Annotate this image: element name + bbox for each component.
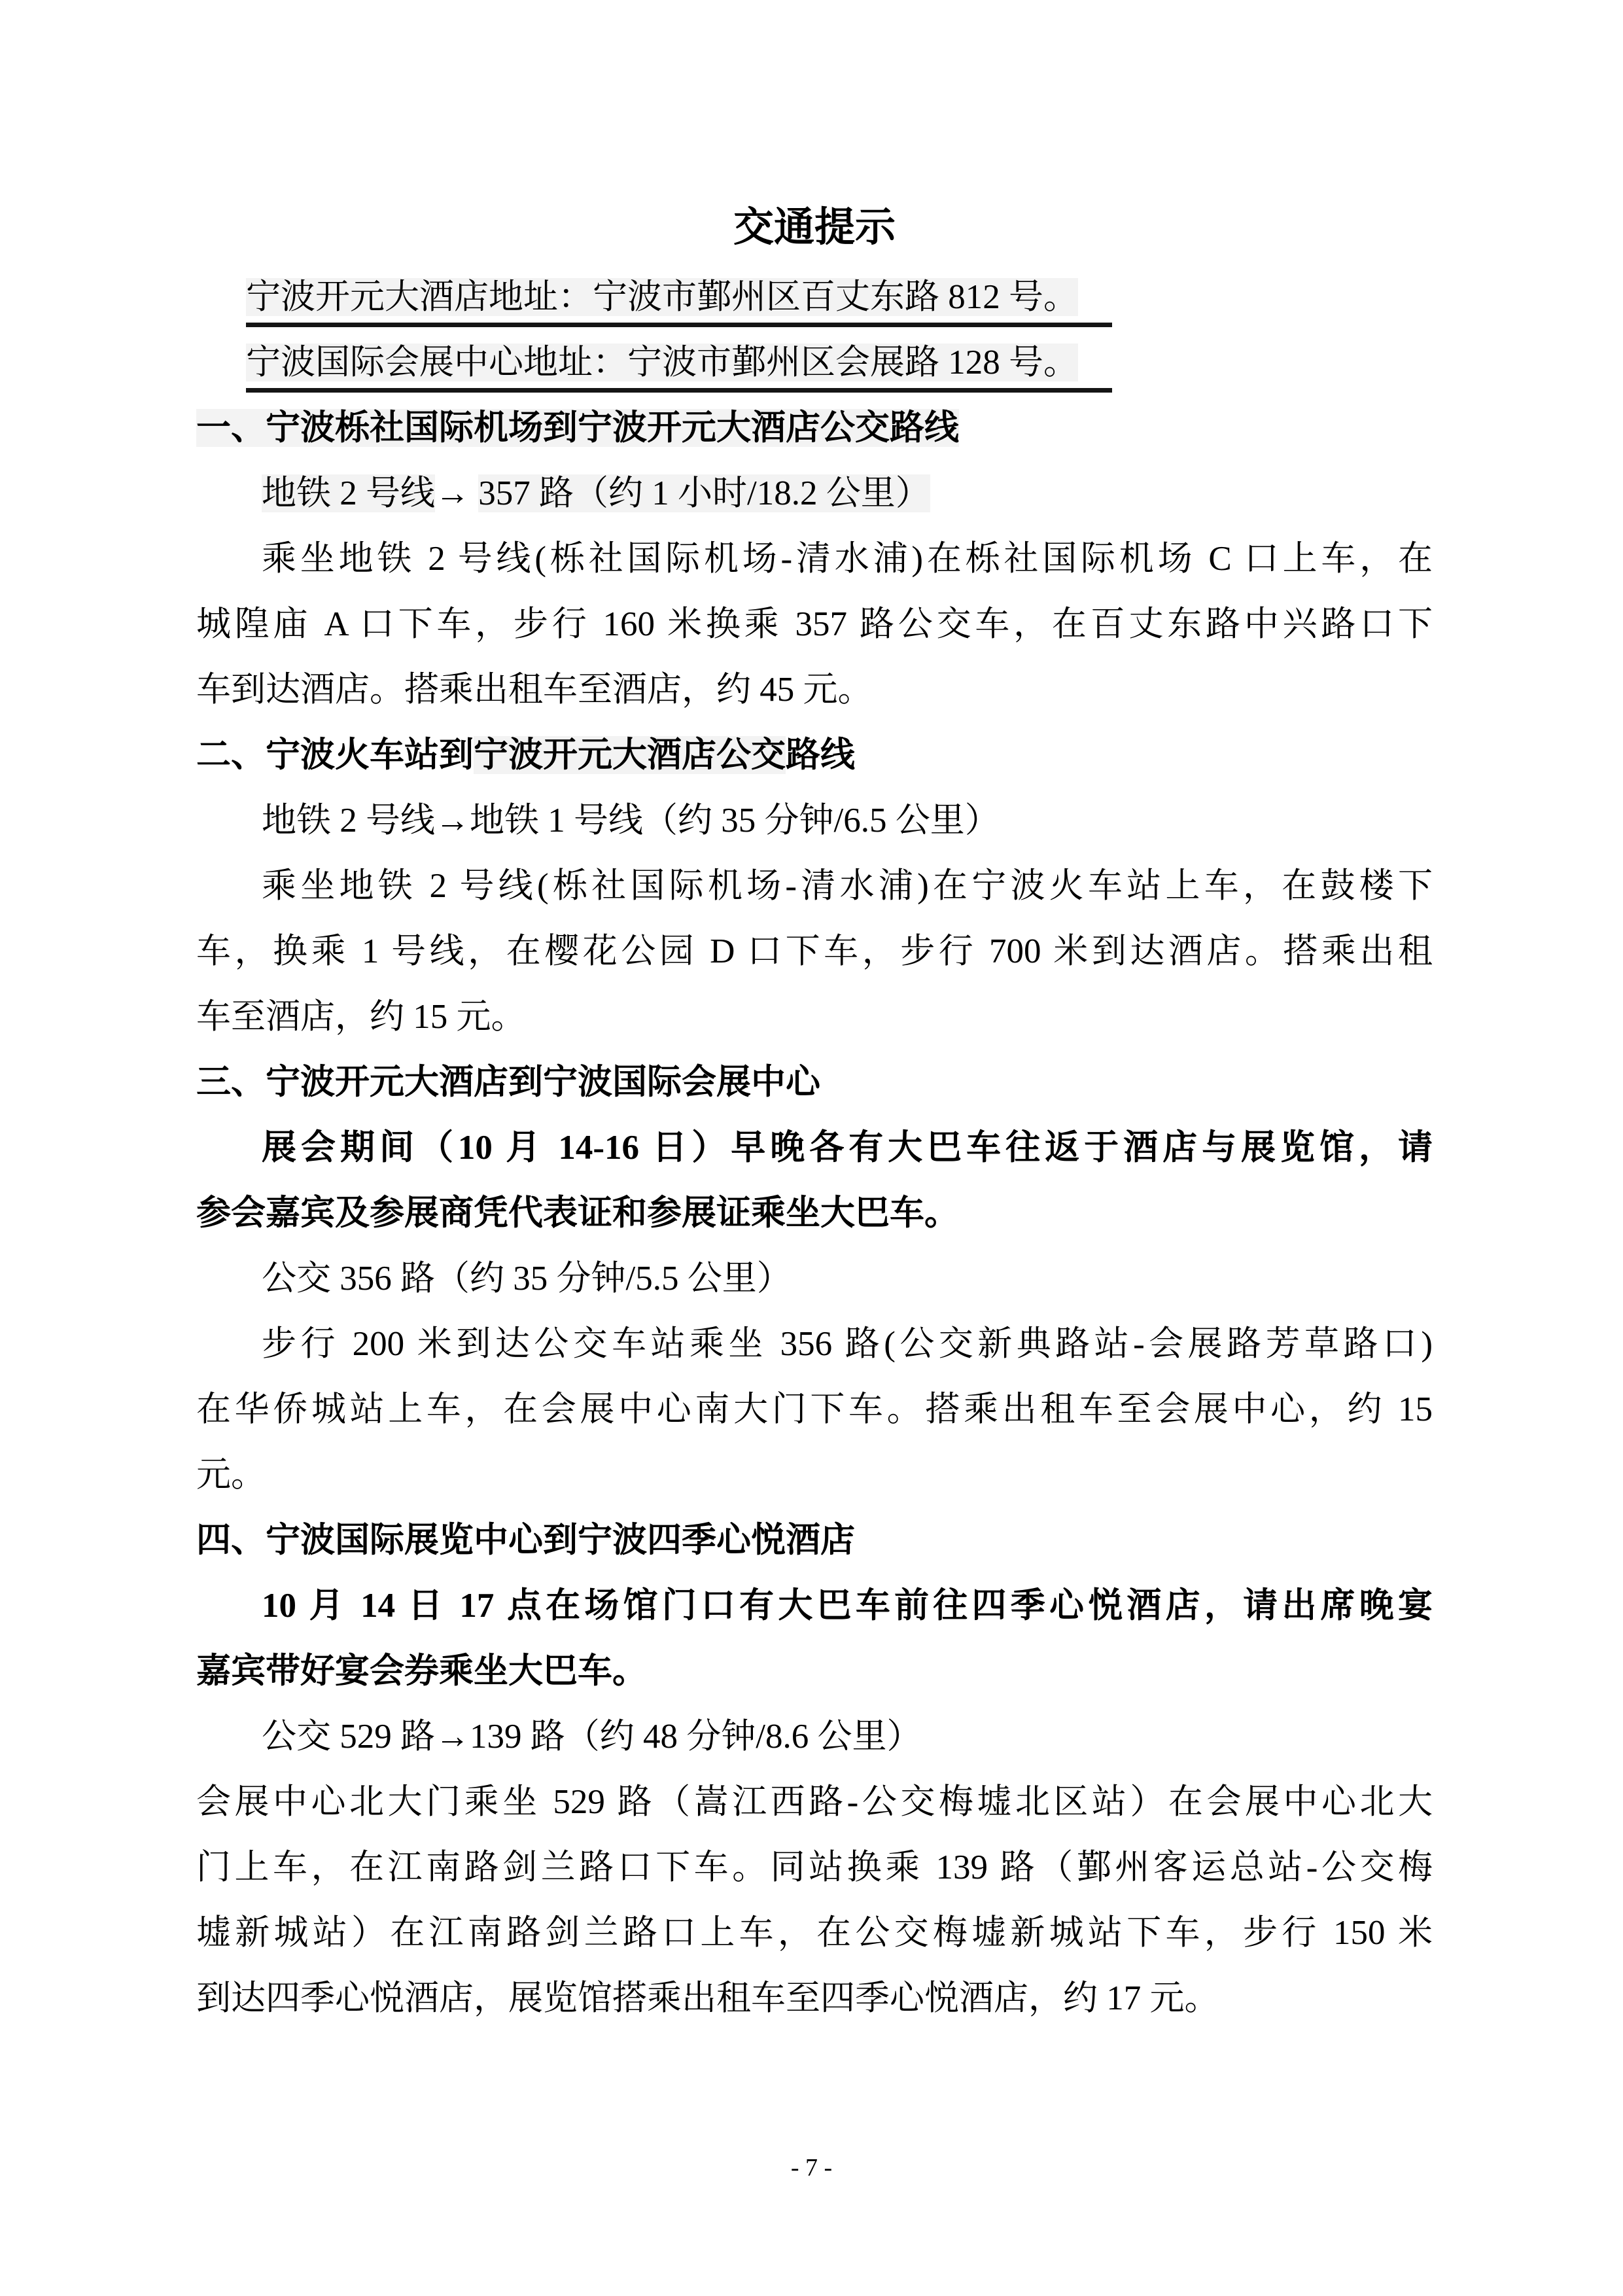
text-segment: 墟新城站）在江南路剑兰路口上车，在公交梅墟新城站下车，步行 150 米 — [196, 1914, 1433, 1952]
section-heading: 三、宁波开元大酒店到宁波国际会展中心 — [196, 1050, 1433, 1115]
paragraph-line: 10 月 14 日 17 点在场馆门口有大巴车前往四季心悦酒店，请出席晚宴 — [196, 1573, 1433, 1638]
paragraph-line: 到达四季心悦酒店，展览馆搭乘出租车至四季心悦酒店，约 17 元。 — [196, 1966, 1433, 2031]
paragraph-line: 车至酒店，约 15 元。 — [196, 984, 1433, 1050]
paragraph-line: 嘉宾带好宴会券乘坐大巴车。 — [196, 1638, 1433, 1704]
page-number: - 7 - — [0, 2153, 1623, 2183]
paragraph-line: 元。 — [196, 1442, 1433, 1508]
text-segment: 参会嘉宾及参展商凭代表证和参展证乘坐大巴车。 — [196, 1194, 959, 1232]
text-segment: 车到达酒店。搭乘出租车至酒店，约 45 元。 — [196, 671, 873, 709]
paragraph-line: 在华侨城站上车，在会展中心南大门下车。搭乘出租车至会展中心，约 15 — [196, 1377, 1433, 1442]
paragraph-line: 参会嘉宾及参展商凭代表证和参展证乘坐大巴车。 — [196, 1180, 1433, 1246]
right-arrow: → — [435, 802, 470, 839]
paragraph-line: 墟新城站）在江南路剑兰路口上车，在公交梅墟新城站下车，步行 150 米 — [196, 1900, 1433, 1966]
underline-span: 宁波国际会展中心地址：宁波市鄞州区会展路 128 号。 — [246, 344, 1112, 393]
text-segment: 乘坐地铁 2 号线(栎社国际机场-清水浦)在宁波火车站上车，在鼓楼下 — [262, 867, 1433, 905]
paragraph-line: 车，换乘 1 号线，在樱花公园 D 口下车，步行 700 米到达酒店。搭乘出租 — [196, 919, 1433, 984]
text-segment: 路线 — [786, 736, 855, 774]
text-segment: 139 路（约 48 分钟/8.6 公里） — [470, 1718, 921, 1756]
paragraph-line: 乘坐地铁 2 号线(栎社国际机场-清水浦)在宁波火车站上车，在鼓楼下 — [196, 853, 1433, 919]
document-title: 交通提示 — [196, 191, 1433, 264]
text-segment: 步行 200 米到达公交车站乘坐 356 路(公交新典路站-会展路芳草路口) — [262, 1325, 1433, 1363]
paragraph-line: 步行 200 米到达公交车站乘坐 356 路(公交新典路站-会展路芳草路口) — [196, 1311, 1433, 1377]
text-segment: 嘉宾带好宴会券乘坐大巴车。 — [196, 1652, 647, 1690]
paragraph-line: 门上车，在江南路剑兰路口下车。同站换乘 139 路（鄞州客运总站-公交梅 — [196, 1835, 1433, 1900]
text-segment: 地铁 1 号线（约 35 分钟/6.5 公里） — [470, 802, 1000, 839]
text-segment: 10 月 14 日 17 点在场馆门口有大巴车前往四季心悦酒店，请出席晚宴 — [262, 1587, 1433, 1625]
paragraph-line: 会展中心北大门乘坐 529 路（嵩江西路-公交梅墟北区站）在会展中心北大 — [196, 1769, 1433, 1835]
text-segment: 宁波国际会展中心地址：宁波市鄞州区会展路 128 号。 — [246, 344, 1078, 381]
text-segment: 地铁 2 号线 — [262, 474, 435, 512]
section-heading: 四、宁波国际展览中心到宁波四季心悦酒店 — [196, 1508, 1433, 1573]
page: 交通提示 宁波开元大酒店地址：宁波市鄞州区百丈东路 812 号。宁波国际会展中心… — [0, 0, 1623, 2296]
text-segment: 车至酒店，约 15 元。 — [196, 998, 526, 1036]
right-arrow: → — [435, 474, 478, 512]
text-segment: 四、宁波国际展览中心到宁波四季心悦酒店 — [196, 1521, 855, 1559]
route-summary: 地铁 2 号线→地铁 1 号线（约 35 分钟/6.5 公里） — [196, 788, 1433, 853]
text-segment: 乘坐地铁 2 号线(栎社国际机场-清水浦)在栎社国际机场 C 口上车，在 — [262, 540, 1433, 578]
text-segment: 门上车，在江南路剑兰路口下车。同站换乘 139 路（鄞州客运总站-公交梅 — [196, 1848, 1433, 1886]
paragraph-line: 乘坐地铁 2 号线(栎社国际机场-清水浦)在栎社国际机场 C 口上车，在 — [196, 526, 1433, 592]
text-segment: 元。 — [196, 1456, 266, 1494]
paragraph-line: 城隍庙 A 口下车，步行 160 米换乘 357 路公交车，在百丈东路中兴路口下 — [196, 592, 1433, 657]
text-segment: 公交 356 路（约 35 分钟/5.5 公里） — [262, 1260, 792, 1298]
document-body: 交通提示 宁波开元大酒店地址：宁波市鄞州区百丈东路 812 号。宁波国际会展中心… — [196, 191, 1433, 2031]
text-segment: 会展中心北大门乘坐 529 路（嵩江西路-公交梅墟北区站）在会展中心北大 — [196, 1783, 1433, 1821]
text-segment: 地铁 2 号线 — [262, 802, 435, 839]
section-heading: 一、宁波栎社国际机场到宁波开元大酒店公交路线 — [196, 395, 1433, 461]
text-segment: 展会期间（10 月 14-16 日）早晚各有大巴车往返于酒店与展览馆，请 — [262, 1129, 1433, 1167]
text-segment: 公交 529 路 — [262, 1718, 435, 1756]
paragraph-line: 车到达酒店。搭乘出租车至酒店，约 45 元。 — [196, 657, 1433, 722]
text-segment: 二、宁波火车站到 — [196, 736, 474, 774]
text-segment: 一、宁波栎社国际机场到宁波开元大酒店公交路线 — [196, 409, 959, 447]
address-line: 宁波国际会展中心地址：宁波市鄞州区会展路 128 号。 — [196, 330, 1433, 395]
underline-span: 宁波开元大酒店地址：宁波市鄞州区百丈东路 812 号。 — [246, 278, 1112, 327]
right-arrow: → — [435, 1718, 470, 1756]
text-segment: 车，换乘 1 号线，在樱花公园 D 口下车，步行 700 米到达酒店。搭乘出租 — [196, 932, 1433, 970]
section-heading: 二、宁波火车站到宁波开元大酒店公交路线 — [196, 722, 1433, 788]
text-segment: 到达四季心悦酒店，展览馆搭乘出租车至四季心悦酒店，约 17 元。 — [196, 1979, 1219, 2017]
route-summary: 公交 356 路（约 35 分钟/5.5 公里） — [196, 1246, 1433, 1311]
text-segment: 三、宁波开元大酒店到宁波国际会展中心 — [196, 1063, 820, 1101]
route-summary: 公交 529 路→139 路（约 48 分钟/8.6 公里） — [196, 1704, 1433, 1769]
text-segment: 宁波开元大酒店地址：宁波市鄞州区百丈东路 812 号。 — [246, 278, 1078, 316]
paragraph-line: 展会期间（10 月 14-16 日）早晚各有大巴车往返于酒店与展览馆，请 — [196, 1115, 1433, 1180]
text-segment: 在华侨城站上车，在会展中心南大门下车。搭乘出租车至会展中心，约 15 — [196, 1390, 1433, 1428]
text-segment: 357 路（约 1 小时/18.2 公里） — [478, 474, 930, 512]
route-summary: 地铁 2 号线→ 357 路（约 1 小时/18.2 公里） — [196, 461, 1433, 526]
text-segment: 城隍庙 A 口下车，步行 160 米换乘 357 路公交车，在百丈东路中兴路口下 — [196, 605, 1433, 643]
text-segment: 宁波开元大酒店公交 — [474, 736, 786, 774]
address-line: 宁波开元大酒店地址：宁波市鄞州区百丈东路 812 号。 — [196, 264, 1433, 330]
